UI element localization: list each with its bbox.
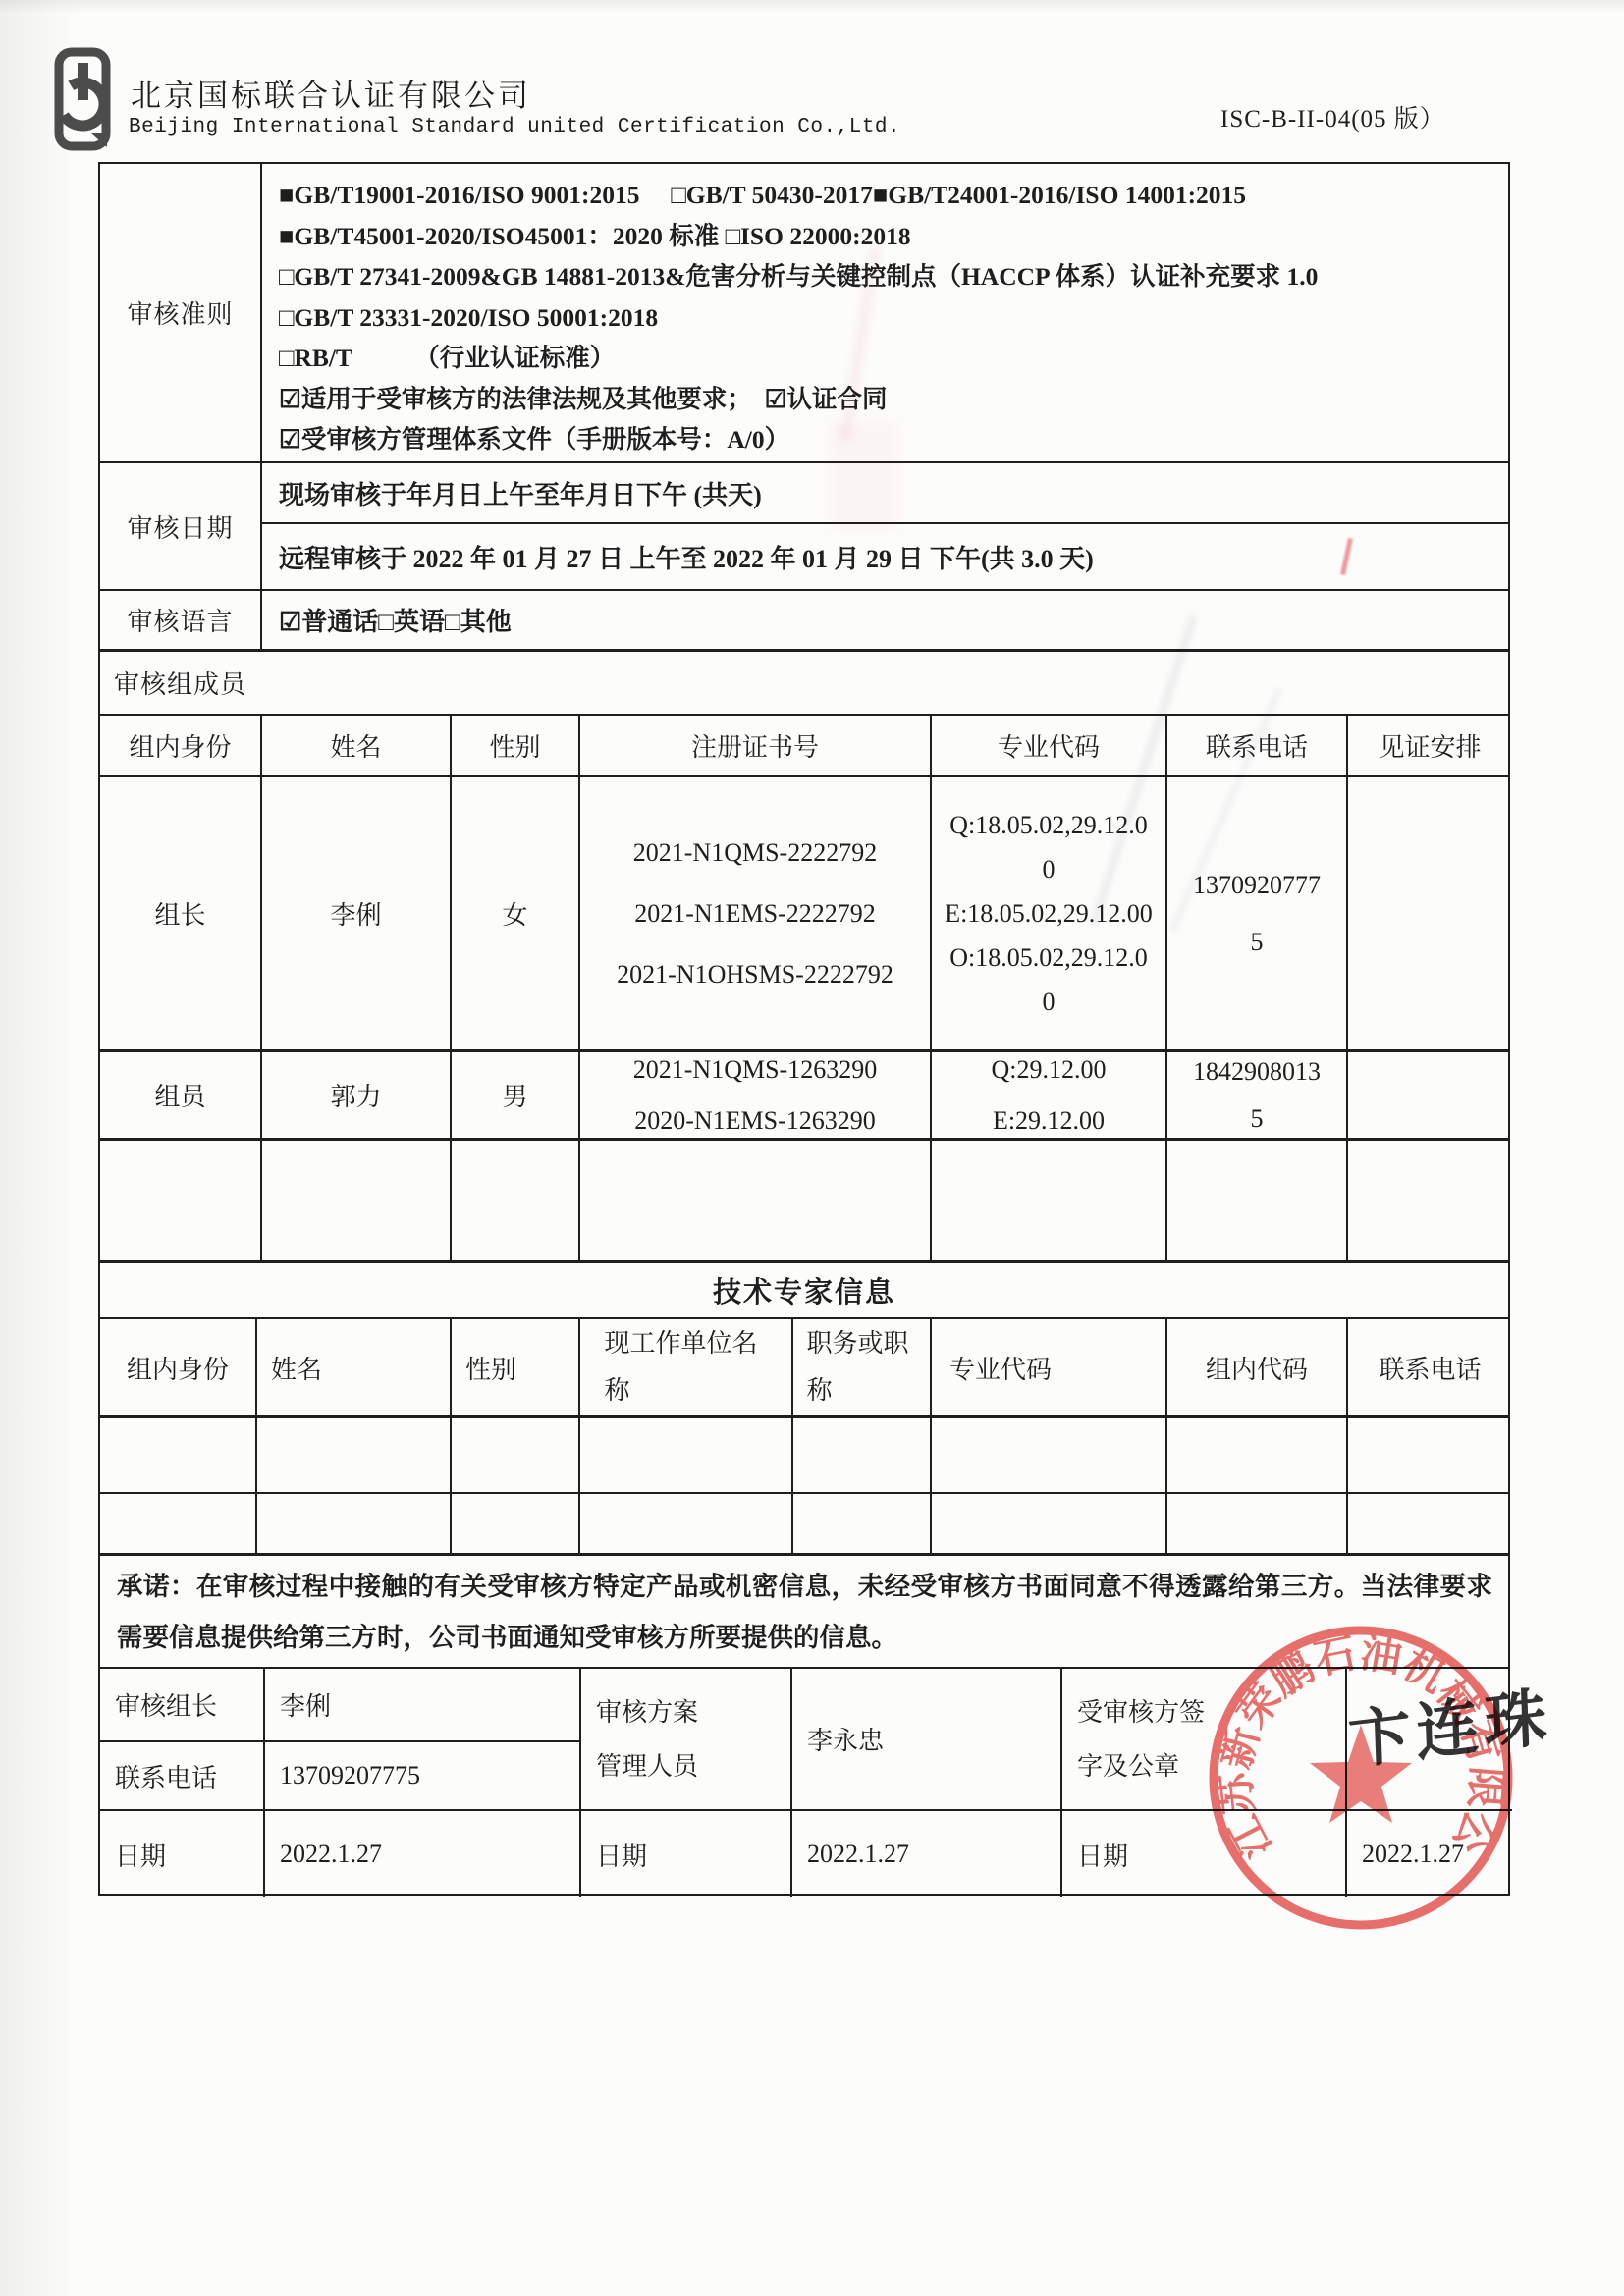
empty-cell bbox=[580, 1494, 793, 1553]
leader-phone: 13709207775 bbox=[1167, 857, 1346, 971]
empty-cell bbox=[100, 1141, 262, 1260]
empty-cell bbox=[452, 1494, 580, 1553]
empty-cell bbox=[100, 1418, 257, 1492]
criteria-line: □GB/T 27341-2009&GB 14881-2013&危害分析与关键控制… bbox=[279, 256, 1494, 297]
empty-cell bbox=[793, 1494, 932, 1553]
empty-cell bbox=[1167, 1494, 1348, 1553]
team-section-label: 审核组成员 bbox=[100, 652, 1508, 714]
signoff-leader-label: 审核组长 bbox=[100, 1669, 265, 1742]
col-gender: 性别 bbox=[452, 716, 580, 775]
audit-language-row: 审核语言 ☑普通话□英语□其他 bbox=[100, 591, 1508, 652]
criteria-line: ■GB/T45001-2020/ISO45001：2020 标准 □ISO 22… bbox=[279, 216, 1494, 257]
ecol-gender: 性别 bbox=[452, 1319, 580, 1415]
team-leader-row: 组长 李俐 女 2021-N1QMS-2222792 2021-N1EMS-22… bbox=[100, 777, 1508, 1052]
member-code: E:29.12.00 bbox=[993, 1095, 1105, 1147]
signoff-phone-label: 联系电话 bbox=[100, 1742, 265, 1811]
leader-cert: 2021-N1EMS-2222792 bbox=[634, 883, 876, 944]
company-name-cn: 北京国标联合认证有限公司 bbox=[131, 71, 531, 115]
criteria-line: □RB/T （行业认证标准） bbox=[279, 338, 1494, 379]
leader-gender: 女 bbox=[452, 777, 580, 1049]
isc-certification-logo-icon bbox=[54, 47, 111, 151]
col-name: 姓名 bbox=[262, 716, 452, 775]
audit-language-label: 审核语言 bbox=[100, 591, 262, 649]
criteria-line: ■GB/T19001-2016/ISO 9001:2015 □GB/T 5043… bbox=[279, 175, 1494, 216]
audit-date-row: 审核日期 现场审核于年月日上午至年月日下午 (共天) 远程审核于 2022 年 … bbox=[100, 463, 1508, 591]
leader-cert: 2021-N1QMS-2222792 bbox=[633, 823, 877, 883]
member-code: Q:29.12.00 bbox=[992, 1044, 1107, 1095]
audit-language-value: ☑普通话□英语□其他 bbox=[262, 591, 1508, 649]
signoff-auditee-signature-cell bbox=[1347, 1669, 1512, 1811]
ecol-title-label: 职务或职称 bbox=[807, 1320, 917, 1415]
empty-cell bbox=[932, 1418, 1167, 1492]
empty-cell bbox=[793, 1418, 932, 1492]
empty-cell bbox=[932, 1494, 1167, 1553]
empty-cell bbox=[580, 1141, 932, 1260]
member-witness bbox=[1348, 1052, 1512, 1138]
leader-code: E:18.05.02,29.12.00 bbox=[945, 891, 1153, 935]
empty-cell bbox=[1348, 1494, 1512, 1553]
company-name-en: Beijing International Standard united Ce… bbox=[129, 116, 900, 138]
leader-certs: 2021-N1QMS-2222792 2021-N1EMS-2222792 20… bbox=[580, 777, 932, 1049]
leader-witness bbox=[1348, 777, 1512, 1049]
signoff-date-label: 日期 bbox=[100, 1811, 265, 1897]
empty-cell bbox=[580, 1418, 793, 1492]
leader-code: Q:18.05.02,29.12.00 bbox=[944, 803, 1154, 891]
col-phone: 联系电话 bbox=[1167, 716, 1348, 775]
team-member-row: 组员 郭力 男 2021-N1QMS-1263290 2020-N1EMS-12… bbox=[100, 1052, 1508, 1141]
empty-cell bbox=[452, 1418, 580, 1492]
ecol-team-code: 组内代码 bbox=[1167, 1319, 1348, 1415]
form-code: ISC-B-II-04(05 版） bbox=[1220, 99, 1445, 134]
signoff-date-label: 日期 bbox=[581, 1811, 792, 1897]
ecol-employer-label: 现工作单位名称 bbox=[605, 1320, 768, 1415]
signoff-date-3: 2022.1.27 bbox=[1347, 1811, 1512, 1897]
signoff-section: 审核组长 李俐 联系电话 13709207775 审核方案管理人员 李永忠 受审… bbox=[100, 1669, 1508, 1897]
member-cert: 2021-N1QMS-1263290 bbox=[633, 1044, 877, 1095]
empty-cell bbox=[932, 1141, 1167, 1260]
ecol-phone: 联系电话 bbox=[1348, 1319, 1512, 1415]
col-cert-no: 注册证书号 bbox=[580, 716, 932, 775]
col-spec-code: 专业代码 bbox=[932, 716, 1167, 775]
experts-title-row: 技术专家信息 bbox=[100, 1263, 1508, 1319]
audit-date-label: 审核日期 bbox=[100, 463, 262, 589]
criteria-label: 审核准则 bbox=[100, 164, 262, 461]
member-name: 郭力 bbox=[262, 1052, 452, 1138]
member-cert: 2020-N1EMS-1263290 bbox=[634, 1095, 876, 1147]
signoff-phone-value: 13709207775 bbox=[265, 1742, 581, 1811]
member-role: 组员 bbox=[100, 1052, 262, 1138]
scanned-audit-form-page: 北京国标联合认证有限公司 Beijing International Stand… bbox=[0, 0, 1624, 2296]
member-codes: Q:29.12.00 E:29.12.00 bbox=[932, 1052, 1167, 1138]
team-header-row: 组内身份 姓名 性别 注册证书号 专业代码 联系电话 见证安排 bbox=[100, 716, 1508, 777]
ecol-name: 姓名 bbox=[257, 1319, 452, 1415]
signoff-leader-name: 李俐 bbox=[265, 1669, 581, 1742]
criteria-line: ☑适用于受审核方的法律法规及其他要求； ☑认证合同 bbox=[279, 379, 1494, 420]
member-certs: 2021-N1QMS-1263290 2020-N1EMS-1263290 bbox=[580, 1052, 932, 1138]
experts-empty-row bbox=[100, 1494, 1508, 1556]
onsite-audit-date: 现场审核于年月日上午至年月日下午 (共天) bbox=[262, 463, 1508, 524]
criteria-content: ■GB/T19001-2016/ISO 9001:2015 □GB/T 5043… bbox=[262, 164, 1508, 461]
leader-cert: 2021-N1OHSMS-2222792 bbox=[617, 944, 893, 1005]
signoff-date-1: 2022.1.27 bbox=[265, 1811, 581, 1897]
ecol-employer: 现工作单位名称 bbox=[580, 1319, 793, 1415]
promise-text: 承诺：在审核过程中接触的有关受审核方特定产品或机密信息，未经受审核方书面同意不得… bbox=[100, 1556, 1508, 1667]
empty-cell bbox=[1348, 1141, 1512, 1260]
team-empty-row bbox=[100, 1141, 1508, 1263]
col-role: 组内身份 bbox=[100, 716, 262, 775]
signoff-date-label: 日期 bbox=[1062, 1811, 1347, 1897]
empty-cell bbox=[1348, 1418, 1512, 1492]
criteria-line: ☑受审核方管理体系文件（手册版本号：A/0） bbox=[279, 419, 1494, 460]
promise-row: 承诺：在审核过程中接触的有关受审核方特定产品或机密信息，未经受审核方书面同意不得… bbox=[100, 1556, 1508, 1669]
criteria-row: 审核准则 ■GB/T19001-2016/ISO 9001:2015 □GB/T… bbox=[100, 164, 1508, 463]
experts-title: 技术专家信息 bbox=[100, 1263, 1508, 1317]
ecol-spec-code: 专业代码 bbox=[932, 1319, 1167, 1415]
col-witness: 见证安排 bbox=[1348, 716, 1512, 775]
experts-empty-row bbox=[100, 1418, 1508, 1494]
empty-cell bbox=[257, 1494, 452, 1553]
ecol-title: 职务或职称 bbox=[793, 1319, 932, 1415]
empty-cell bbox=[452, 1141, 580, 1260]
ecol-role: 组内身份 bbox=[100, 1319, 257, 1415]
experts-header-row: 组内身份 姓名 性别 现工作单位名称 职务或职称 专业代码 组内代码 联系电话 bbox=[100, 1319, 1508, 1418]
member-gender: 男 bbox=[452, 1052, 580, 1138]
signoff-date-2: 2022.1.27 bbox=[792, 1811, 1062, 1897]
audit-date-content: 现场审核于年月日上午至年月日下午 (共天) 远程审核于 2022 年 01 月 … bbox=[262, 463, 1508, 589]
criteria-line: □GB/T 23331-2020/ISO 50001:2018 bbox=[279, 297, 1494, 339]
leader-name: 李俐 bbox=[262, 777, 452, 1049]
signoff-scheme-name: 李永忠 bbox=[792, 1669, 1062, 1811]
audit-form-table: 审核准则 ■GB/T19001-2016/ISO 9001:2015 □GB/T… bbox=[98, 162, 1510, 1896]
empty-cell bbox=[100, 1494, 257, 1553]
empty-cell bbox=[1167, 1418, 1348, 1492]
empty-cell bbox=[1167, 1141, 1348, 1260]
remote-audit-date: 远程审核于 2022 年 01 月 27 日 上午至 2022 年 01 月 2… bbox=[262, 524, 1508, 589]
team-section-row: 审核组成员 bbox=[100, 652, 1508, 716]
signoff-scheme-label: 审核方案管理人员 bbox=[581, 1669, 792, 1811]
leader-role: 组长 bbox=[100, 777, 262, 1049]
leader-code: O:18.05.02,29.12.00 bbox=[944, 935, 1154, 1024]
member-phone: 18429080135 bbox=[1167, 1048, 1346, 1143]
signoff-auditee-label: 受审核方签字及公章 bbox=[1062, 1669, 1347, 1811]
leader-codes: Q:18.05.02,29.12.00 E:18.05.02,29.12.00 … bbox=[932, 777, 1167, 1049]
empty-cell bbox=[257, 1418, 452, 1492]
empty-cell bbox=[262, 1141, 452, 1260]
